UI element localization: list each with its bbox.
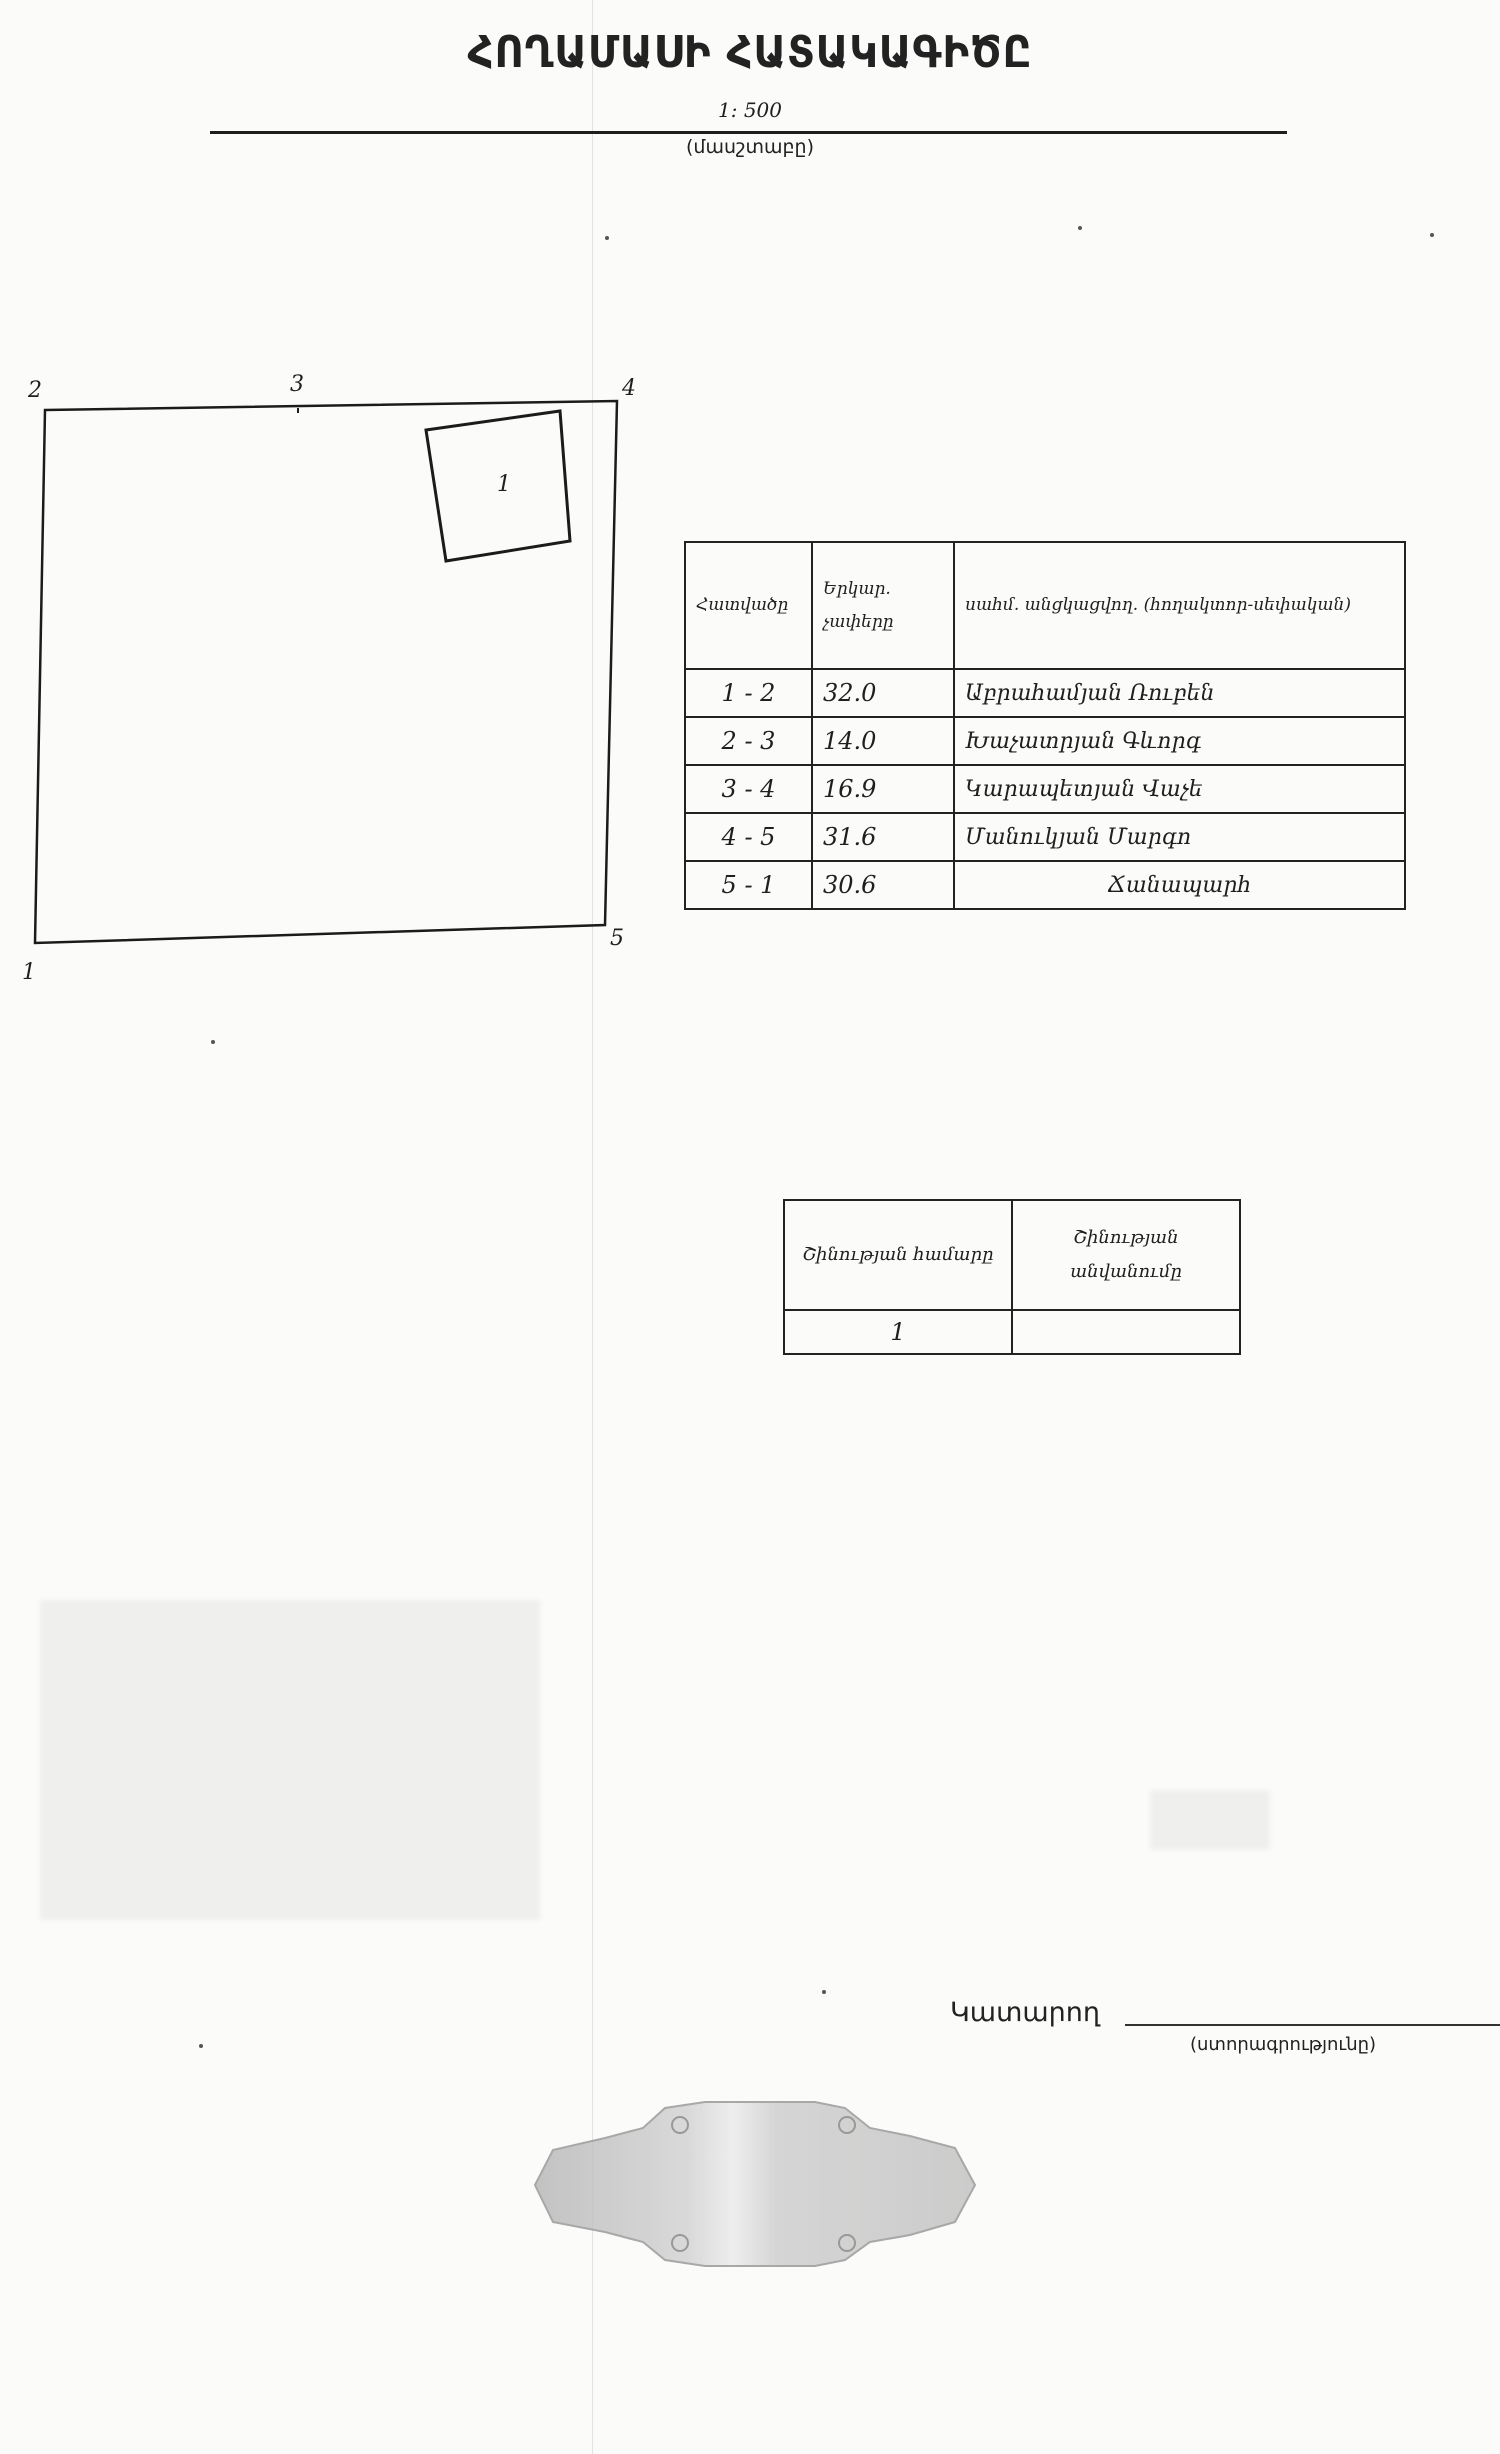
table-row: 2 - 3 14.0 Խաչատրյան Գևորգ xyxy=(685,717,1405,765)
header-length: Երկար. չափերը xyxy=(812,542,954,669)
table-row: 1 xyxy=(784,1310,1240,1354)
signer-label: Կատարող xyxy=(950,1997,1100,2028)
point-label-4: 4 xyxy=(622,376,636,401)
table-row: 5 - 1 30.6 Ճանապարհ xyxy=(685,861,1405,909)
point-label-3: 3 xyxy=(290,372,304,397)
signature-caption: (ստորագրությունը) xyxy=(1190,2034,1376,2055)
ornamental-stamp-icon xyxy=(525,2090,985,2270)
length-cell: 16.9 xyxy=(812,765,954,813)
scan-speck xyxy=(822,1990,826,1994)
length-cell: 30.6 xyxy=(812,861,954,909)
bleed-through-artifact xyxy=(40,1600,540,1920)
building-number-cell: 1 xyxy=(784,1310,1012,1354)
scan-speck xyxy=(199,2044,203,2048)
neighbor-cell: Կարապետյան Վաչե xyxy=(954,765,1405,813)
building-name-cell xyxy=(1012,1310,1240,1354)
boundary-table: Հատվածը Երկար. չափերը սահմ. անցկացվող. (… xyxy=(684,541,1406,910)
bleed-through-artifact xyxy=(1150,1790,1270,1850)
point-label-5: 5 xyxy=(610,926,624,951)
document-title: ՀՈՂԱՄԱՍԻ ՀԱՏԱԿԱԳԻԾԸ xyxy=(0,28,1500,78)
length-cell: 31.6 xyxy=(812,813,954,861)
table-header-row: Հատվածը Երկար. չափերը սահմ. անցկացվող. (… xyxy=(685,542,1405,669)
neighbor-cell: Ճանապարհ xyxy=(954,861,1405,909)
header-building-number: Շինության համարը xyxy=(784,1200,1012,1310)
signature-line xyxy=(1125,2024,1500,2026)
title-underline xyxy=(210,131,1287,134)
neighbor-cell: Աբրահամյան Ռուբեն xyxy=(954,669,1405,717)
segment-cell: 2 - 3 xyxy=(685,717,812,765)
scale-caption: (մասշտաբը) xyxy=(600,136,900,158)
plot-outline xyxy=(0,360,660,1020)
segment-cell: 3 - 4 xyxy=(685,765,812,813)
scan-speck xyxy=(605,236,609,240)
scan-speck xyxy=(1078,226,1082,230)
length-cell: 14.0 xyxy=(812,717,954,765)
segment-cell: 4 - 5 xyxy=(685,813,812,861)
table-row: 3 - 4 16.9 Կարապետյան Վաչե xyxy=(685,765,1405,813)
building-label: 1 xyxy=(497,472,511,497)
scan-speck xyxy=(1430,233,1434,237)
table-row: 1 - 2 32.0 Աբրահամյան Ռուբեն xyxy=(685,669,1405,717)
header-building-name: Շինության անվանումը xyxy=(1012,1200,1240,1310)
point-label-2: 2 xyxy=(28,378,42,403)
length-cell: 32.0 xyxy=(812,669,954,717)
segment-cell: 5 - 1 xyxy=(685,861,812,909)
header-segment: Հատվածը xyxy=(685,542,812,669)
header-neighbor: սահմ. անցկացվող. (հողակտոր-սեփական) xyxy=(954,542,1405,669)
scan-speck xyxy=(211,1040,215,1044)
table-header-row: Շինության համարը Շինության անվանումը xyxy=(784,1200,1240,1310)
segment-cell: 1 - 2 xyxy=(685,669,812,717)
scale-value: 1: 500 xyxy=(660,98,840,122)
table-row: 4 - 5 31.6 Մանուկյան Մարգո xyxy=(685,813,1405,861)
building-table: Շինության համարը Շինության անվանումը 1 xyxy=(783,1199,1241,1355)
neighbor-cell: Խաչատրյան Գևորգ xyxy=(954,717,1405,765)
point-label-1: 1 xyxy=(22,960,36,985)
plot-plan-drawing: 1 2 3 4 5 1 xyxy=(0,360,660,1020)
neighbor-cell: Մանուկյան Մարգո xyxy=(954,813,1405,861)
